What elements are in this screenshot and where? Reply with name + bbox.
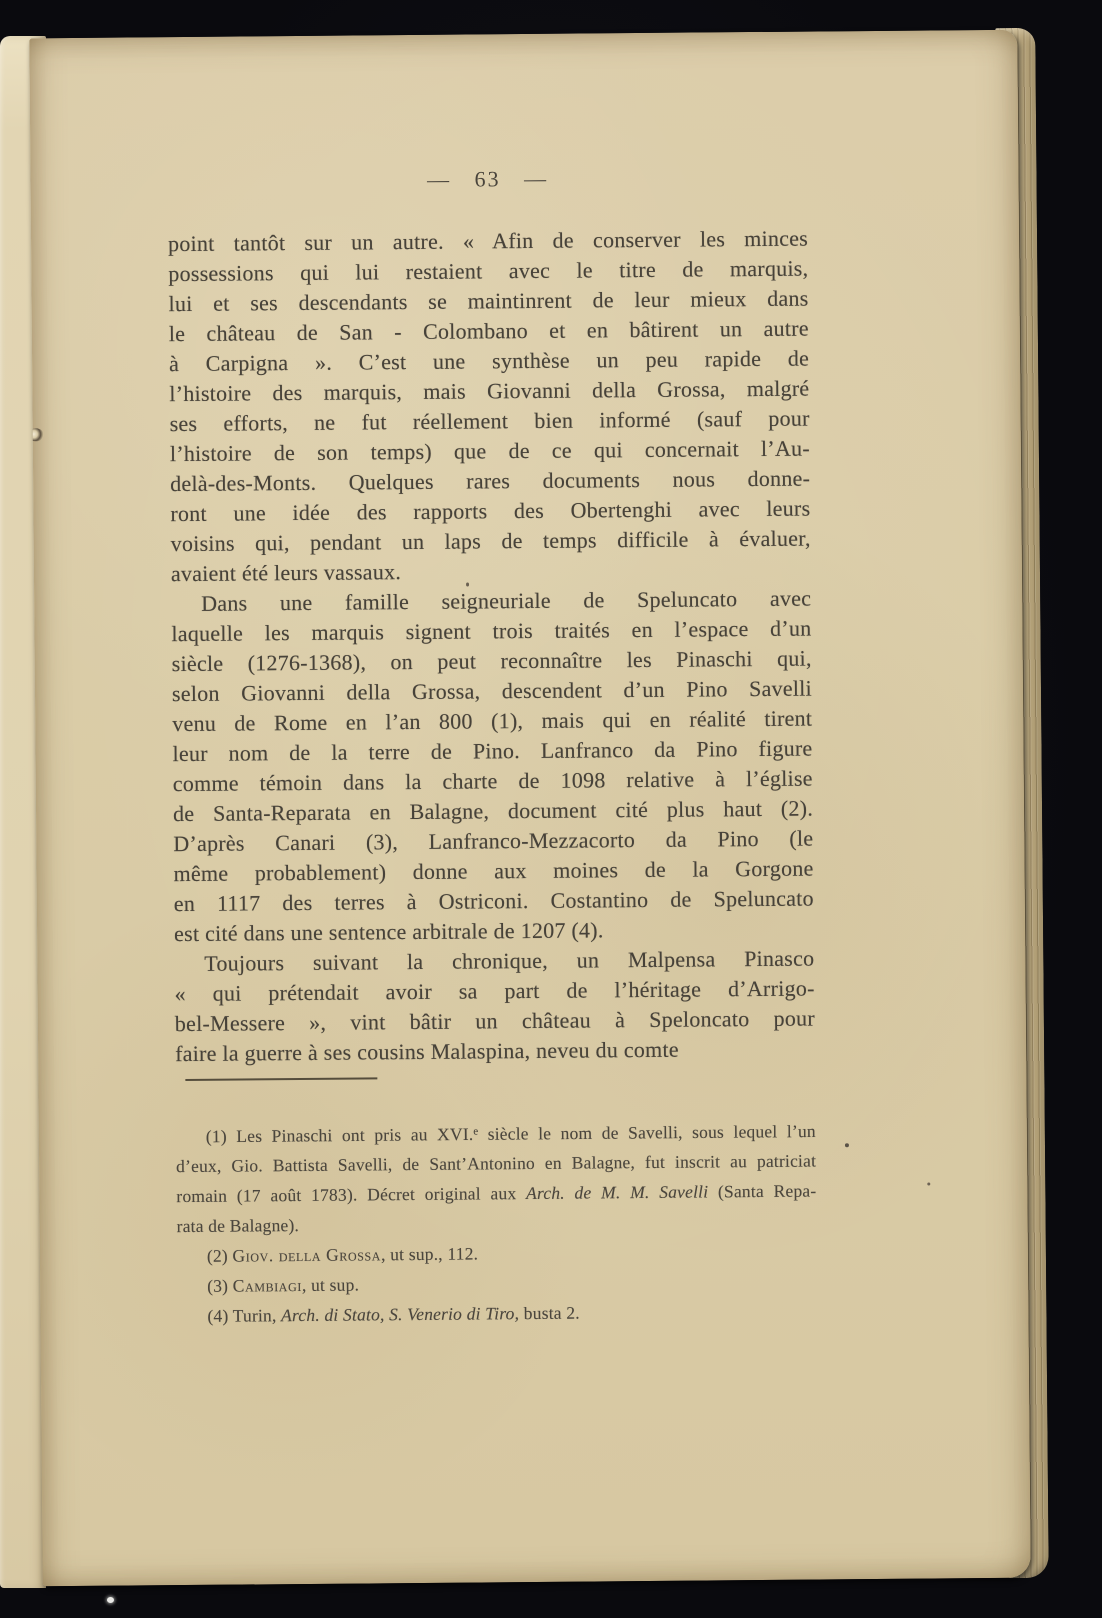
paper-speck — [845, 1143, 849, 1147]
body-text: point tantôt sur un autre. « Afin de con… — [168, 224, 815, 1070]
book-page: — 63 — point tantôt sur un autre. « Afin… — [29, 30, 1030, 1587]
footnote-segment: Arch. di Stato, S. Venerio di Tiro, — [281, 1304, 519, 1326]
footnote-segment: siècle le nom de Savelli, sous lequel l’… — [478, 1121, 816, 1144]
body-line: faire la guerre à ses cousins Malaspina,… — [175, 1034, 815, 1070]
footnote-segment: romain (17 août 1783). Décret original a… — [176, 1183, 526, 1206]
dust-speck — [107, 1597, 114, 1603]
footnote-separator-rule — [185, 1077, 377, 1081]
footnote-segment: , ut sup. — [302, 1275, 359, 1295]
body-line: voisins qui, pendant un laps de temps di… — [171, 524, 811, 560]
body-line: bel-Messere », vint bâtir un château à S… — [175, 1004, 815, 1040]
page-number: — 63 — — [167, 164, 807, 200]
body-line: en 1117 des terres à Ostriconi. Costanti… — [174, 884, 814, 920]
footnote-segment: , ut sup., 112. — [381, 1244, 478, 1265]
paper-speck — [466, 583, 469, 587]
footnote-line: romain (17 août 1783). Décret original a… — [176, 1176, 816, 1212]
footnote-segment: (4) Turin, — [207, 1306, 281, 1327]
footnote-segment: Giov. della Grossa — [232, 1245, 381, 1266]
scanned-book-photo: — 63 — point tantôt sur un autre. « Afin… — [0, 0, 1102, 1618]
footnote-segment: (Santa Repa- — [708, 1181, 816, 1202]
footnote-segment: Arch. de M. M. Savelli — [526, 1182, 708, 1204]
footnote-line: (4) Turin, Arch. di Stato, S. Venerio di… — [177, 1296, 817, 1332]
footnote-segment: rata de Balagne). — [177, 1215, 300, 1236]
footnote-segment: (3) — [207, 1276, 233, 1296]
footnote-segment: (2) — [207, 1246, 233, 1266]
footnote-segment: d’eux, Gio. Battista Savelli, de Sant’An… — [176, 1151, 816, 1177]
footnote-segment: busta 2. — [519, 1303, 580, 1324]
footnote-segment: Cambiagi — [233, 1275, 302, 1296]
paper-speck — [927, 1183, 930, 1186]
footnote-segment: (1) Les Pinaschi ont pris au XVI. — [206, 1124, 474, 1146]
footnotes: (1) Les Pinaschi ont pris au XVI.e siècl… — [176, 1114, 818, 1332]
